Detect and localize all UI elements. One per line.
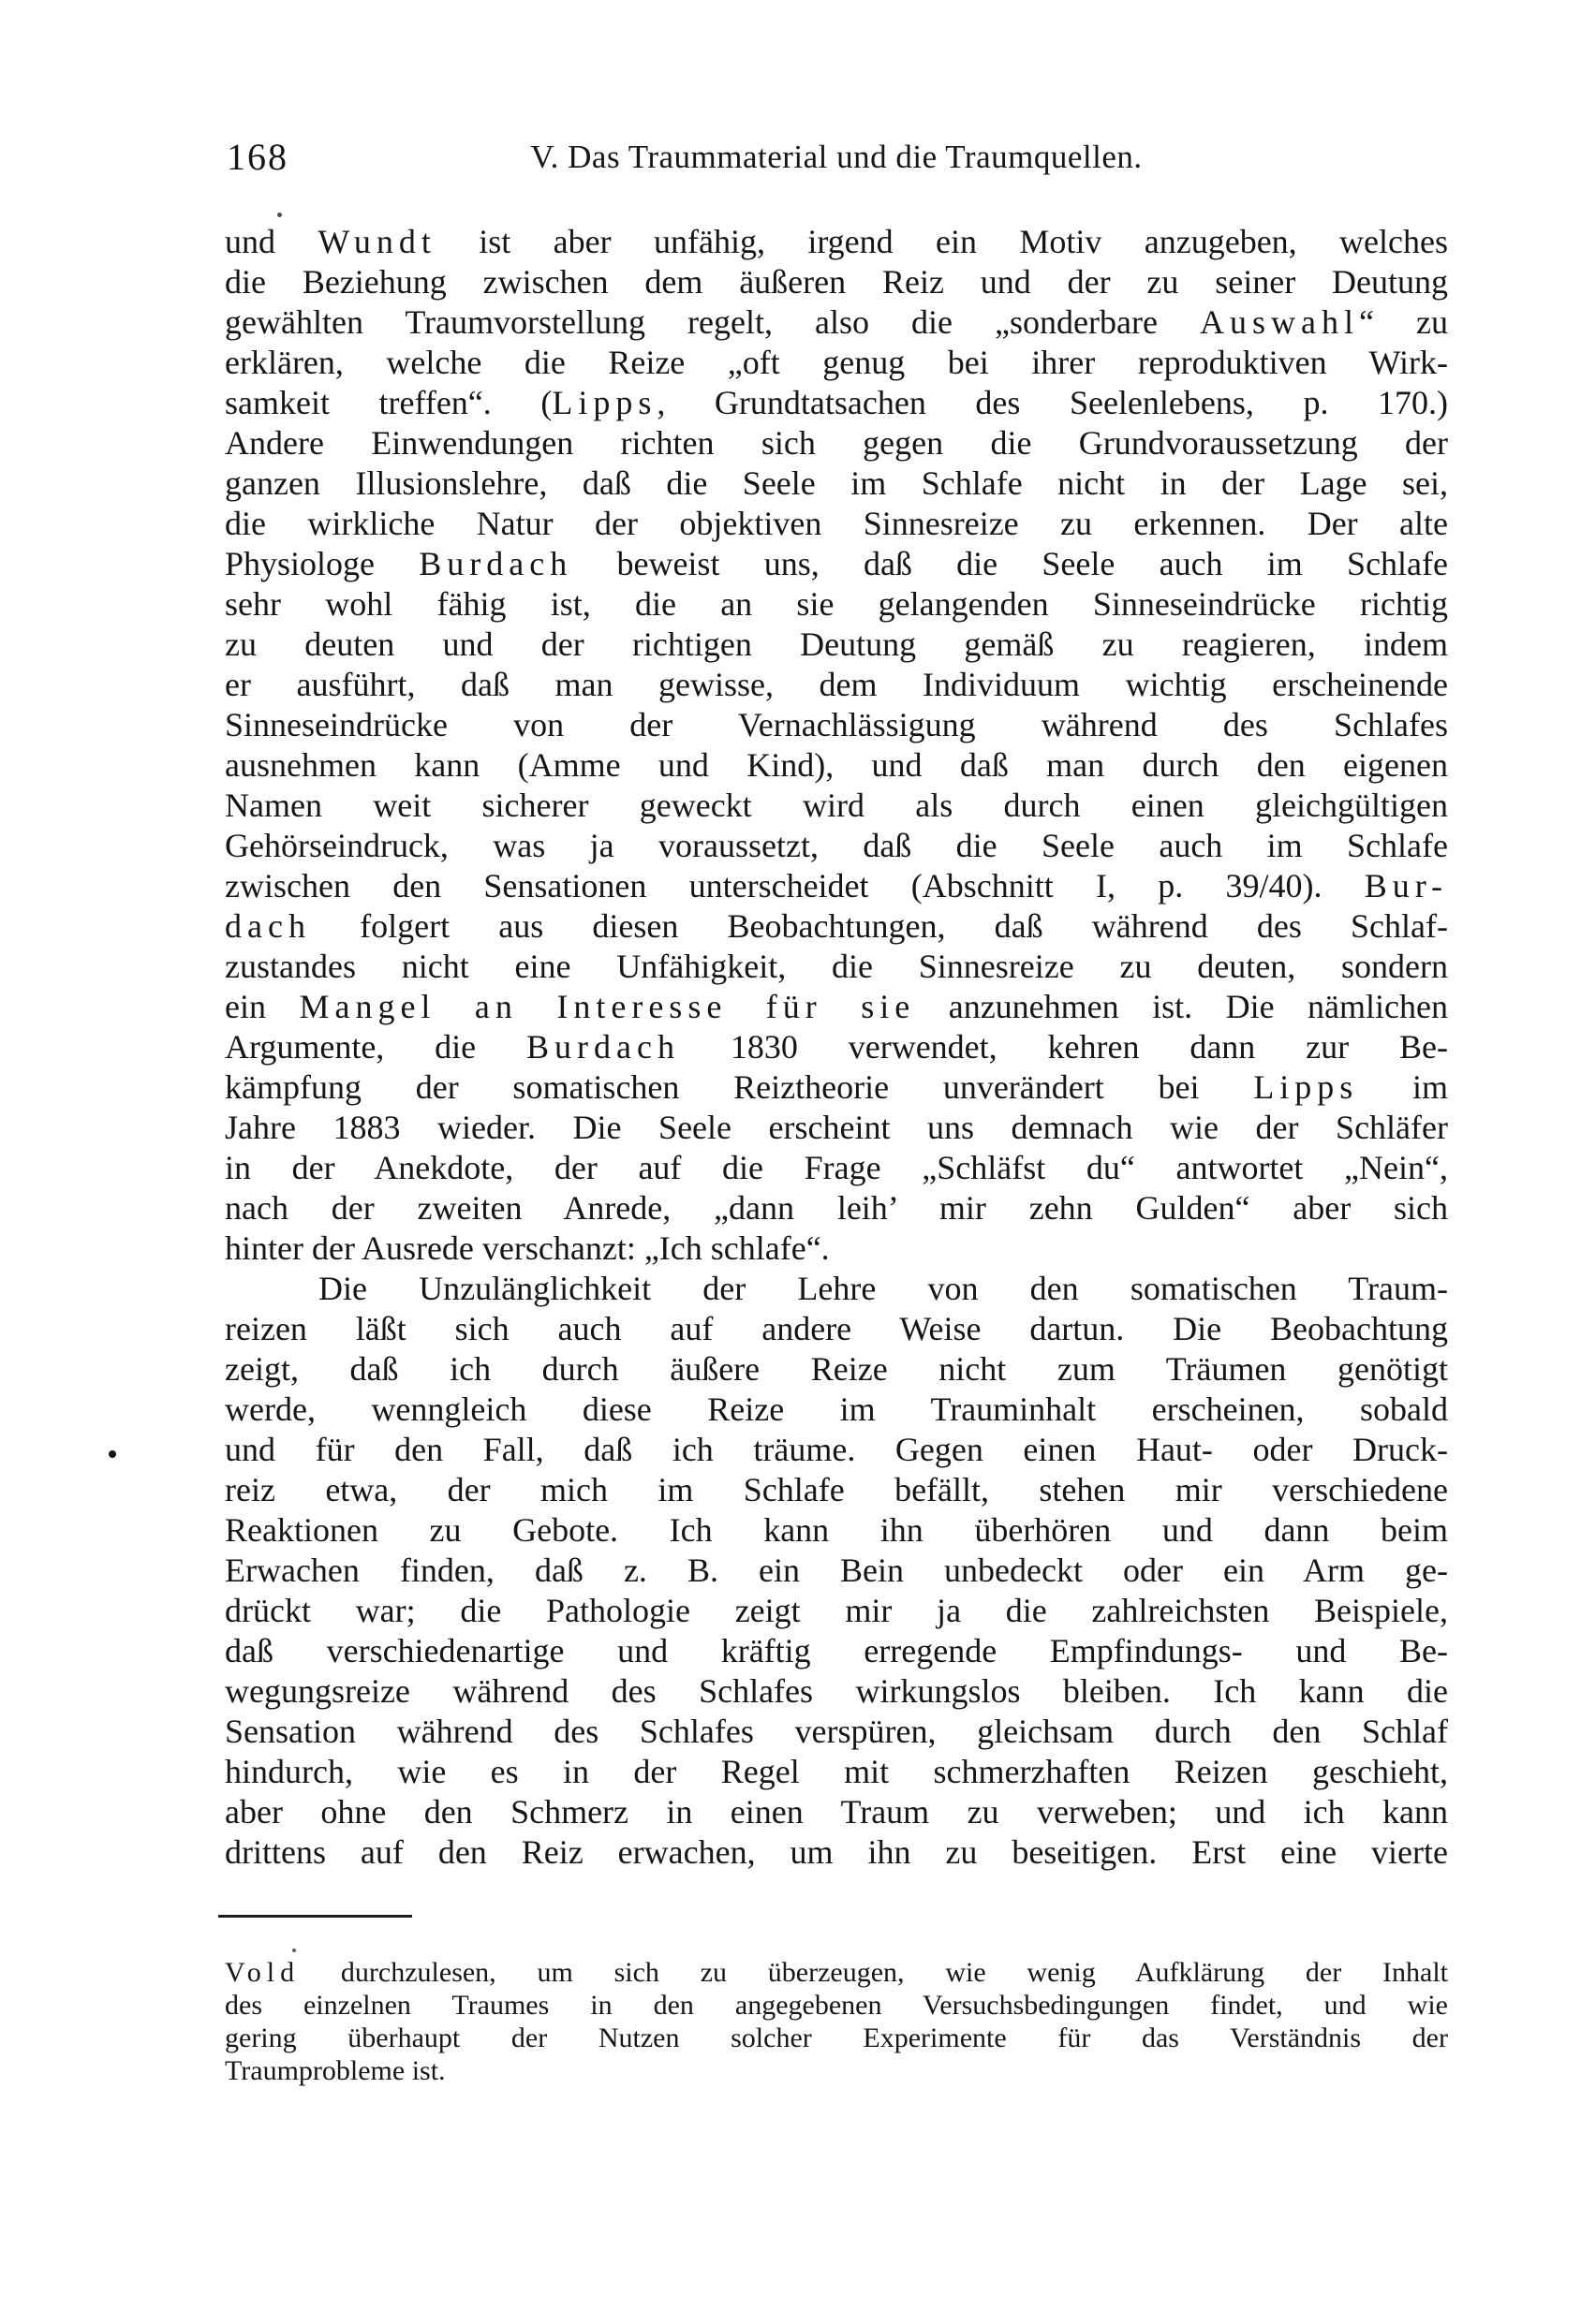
body-text-line: ein Mangel an Interesse für sie anzunehm… — [225, 987, 1448, 1027]
body-text-line: zwischen den Sensationen unterscheidet (… — [225, 866, 1448, 906]
letterspaced-name: Bur- — [1365, 867, 1448, 905]
letterspaced-name: Lipps — [552, 384, 657, 421]
ink-speck — [109, 1450, 116, 1458]
footnote-text-line: des einzelnen Traumes in den angegebenen… — [225, 1989, 1448, 2022]
body-text-line: werde, wenngleich diese Reize im Traumin… — [225, 1390, 1448, 1430]
letterspaced-name: Vold — [225, 1957, 300, 1988]
body-text-line: nach der zweiten Anrede, „dann leih’ mir… — [225, 1188, 1448, 1228]
body-text-line: Namen weit sicherer geweckt wird als dur… — [225, 786, 1448, 826]
ink-speck — [292, 1949, 296, 1952]
footnote-text-line: Vold durchzulesen, um sich zu überzeugen… — [225, 1956, 1448, 1989]
body-text-line: zu deuten und der richtigen Deutung gemä… — [225, 625, 1448, 665]
body-text-line: wegungsreize während des Schlafes wirkun… — [225, 1671, 1448, 1712]
ink-speck — [277, 213, 282, 217]
body-text-line: daß verschiedenartige und kräftig errege… — [225, 1631, 1448, 1671]
body-text-line: reizen läßt sich auch auf andere Weise d… — [225, 1309, 1448, 1349]
page-header: 168 V. Das Traummaterial und die Traumqu… — [225, 137, 1448, 184]
body-text-line: sehr wohl fähig ist, die an sie gelangen… — [225, 584, 1448, 625]
body-text-line: Sensation während des Schlafes verspüren… — [225, 1712, 1448, 1752]
letterspaced-name: Burdach — [526, 1028, 680, 1066]
body-text-line: und für den Fall, daß ich träume. Gegen … — [225, 1430, 1448, 1470]
page-number: 168 — [227, 139, 288, 176]
body-text: und Wundt ist aber unfähig, irgend ein M… — [225, 222, 1448, 1873]
body-text-line: Physiologe Burdach beweist uns, daß die … — [225, 544, 1448, 584]
body-text-line: kämpfung der somatischen Reiztheorie unv… — [225, 1067, 1448, 1108]
body-text-line: und Wundt ist aber unfähig, irgend ein M… — [225, 222, 1448, 262]
body-text-line: ganzen Illusionslehre, daß die Seele im … — [225, 463, 1448, 504]
letterspaced-name: dach — [225, 907, 311, 945]
letterspaced-name: Auswahl — [1200, 303, 1359, 341]
letterspaced-name: Burdach — [419, 545, 572, 582]
body-text-line: Gehörseindruck, was ja voraussetzt, daß … — [225, 826, 1448, 866]
letterspaced-name: Mangel an Interesse für sie — [299, 988, 915, 1025]
body-text-line: Argumente, die Burdach 1830 verwendet, k… — [225, 1027, 1448, 1067]
body-text-line: er ausführt, daß man gewisse, dem Indivi… — [225, 665, 1448, 705]
body-text-line: die Beziehung zwischen dem äußeren Reiz … — [225, 262, 1448, 302]
running-title: V. Das Traummaterial und die Traumquelle… — [225, 137, 1448, 178]
body-text-line: Jahre 1883 wieder. Die Seele erscheint u… — [225, 1108, 1448, 1148]
body-text-line: zustandes nicht eine Unfähigkeit, die Si… — [225, 947, 1448, 987]
body-text-line: hindurch, wie es in der Regel mit schmer… — [225, 1752, 1448, 1792]
body-text-line: Die Unzulänglichkeit der Lehre von den s… — [225, 1269, 1448, 1309]
footnote-separator-rule — [218, 1915, 412, 1918]
body-text-line: gewählten Traumvorstellung regelt, also … — [225, 302, 1448, 343]
body-text-line: zeigt, daß ich durch äußere Reize nicht … — [225, 1349, 1448, 1390]
body-text-line: Sinneseindrücke von der Vernachlässigung… — [225, 705, 1448, 745]
body-text-line: Erwachen finden, daß z. B. ein Bein unbe… — [225, 1551, 1448, 1591]
footnote-text-line: Traumprobleme ist. — [225, 2054, 1448, 2087]
letterspaced-name: Lipps — [1253, 1068, 1358, 1106]
footnote-text-line: gering überhaupt der Nutzen solcher Expe… — [225, 2022, 1448, 2054]
book-page: 168 V. Das Traummaterial und die Traumqu… — [0, 0, 1581, 2324]
body-text-line: reiz etwa, der mich im Schlafe befällt, … — [225, 1470, 1448, 1510]
body-text-line: hinter der Ausrede verschanzt: „Ich schl… — [225, 1228, 1448, 1269]
body-text-line: aber ohne den Schmerz in einen Traum zu … — [225, 1792, 1448, 1832]
body-text-line: Reaktionen zu Gebote. Ich kann ihn überh… — [225, 1510, 1448, 1551]
body-text-line: die wirkliche Natur der objektiven Sinne… — [225, 504, 1448, 544]
letterspaced-name: Wundt — [318, 223, 436, 260]
body-text-line: dach folgert aus diesen Beobachtungen, d… — [225, 906, 1448, 947]
footnote-text: Vold durchzulesen, um sich zu überzeugen… — [225, 1956, 1448, 2087]
body-text-line: samkeit treffen“. (Lipps, Grundtatsachen… — [225, 383, 1448, 423]
body-text-line: in der Anekdote, der auf die Frage „Schl… — [225, 1148, 1448, 1188]
body-text-line: erklären, welche die Reize „oft genug be… — [225, 343, 1448, 383]
body-text-line: ausnehmen kann (Amme und Kind), und daß … — [225, 745, 1448, 786]
body-text-line: drittens auf den Reiz erwachen, um ihn z… — [225, 1832, 1448, 1873]
body-text-line: Andere Einwendungen richten sich gegen d… — [225, 423, 1448, 463]
body-text-line: drückt war; die Pathologie zeigt mir ja … — [225, 1591, 1448, 1631]
